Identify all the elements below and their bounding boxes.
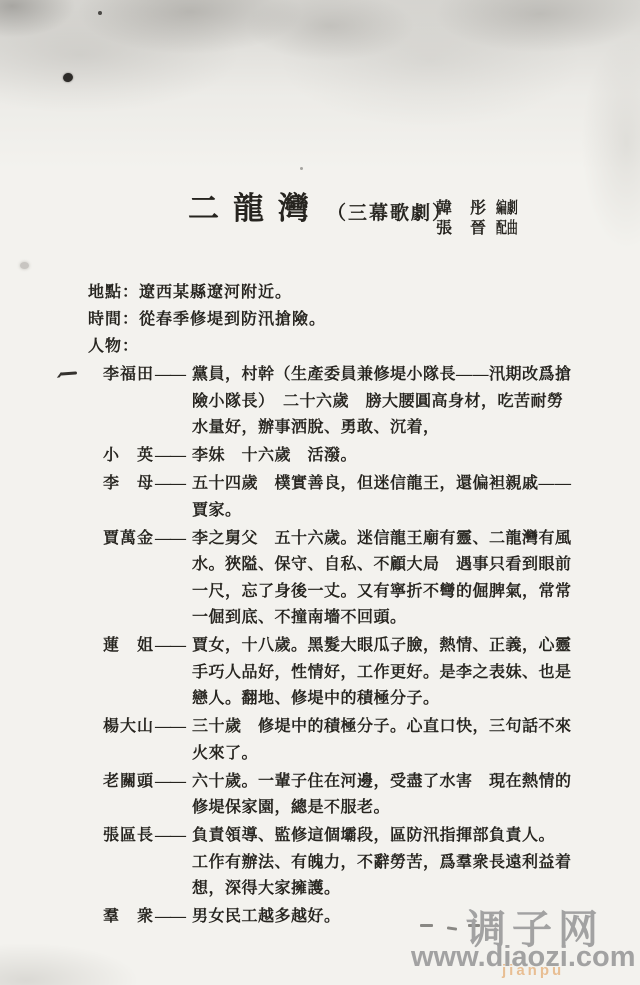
- location-line: 地點：遼西某縣遼河附近。: [88, 279, 588, 306]
- cast-dash: ——: [155, 443, 192, 470]
- credit-playwright: 韓 彤 編劇: [436, 196, 528, 216]
- cast-name: 李福田: [103, 362, 155, 442]
- cast-dash: ——: [155, 526, 192, 632]
- cast-name: 小 英: [103, 443, 155, 470]
- cast-dash: ——: [155, 904, 192, 931]
- cast-entry: 楊大山 —— 三十歲 修堤中的積極分子。心直口快，三句話不來 火來了。: [103, 714, 588, 767]
- cast-entry: 賈萬金 —— 李之舅父 五十六歲。迷信龍王廟有靈、二龍灣有風 水。狹隘、保守、自…: [103, 526, 588, 632]
- cast-name: 賈萬金: [103, 526, 155, 632]
- watermark-site-url: www.diaozi.com: [411, 941, 636, 974]
- cast-dash: ——: [155, 769, 192, 822]
- play-subtitle: （三幕歌劇）: [327, 198, 453, 225]
- title-row: 二龍灣 （三幕歌劇）: [188, 190, 453, 227]
- scan-mark-dash: [60, 371, 77, 375]
- scan-noise-right: [550, 40, 640, 300]
- cast-dash: ——: [155, 714, 192, 767]
- cast-dash: ——: [155, 471, 192, 524]
- cast-entry: 張區長 —— 負責領導、監修這個壩段，區防汛指揮部負責人。 工作有辦法、有魄力，…: [103, 823, 588, 903]
- cast-description: 三十歲 修堤中的積極分子。心直口快，三句話不來 火來了。: [192, 714, 572, 767]
- cast-description: 負責領導、監修這個壩段，區防汛指揮部負責人。 工作有辦法、有魄力，不辭勞苦，爲羣…: [192, 823, 572, 903]
- cast-name: 張區長: [103, 823, 155, 903]
- cast-description: 六十歲。一輩子住在河邊，受盡了水害 現在熱情的 修堤保家園，總是不服老。: [192, 769, 572, 822]
- cast-dash: ——: [155, 823, 192, 903]
- cast-entry: 小 英 —— 李妹 十六歲 活潑。: [103, 443, 588, 470]
- cast-heading: 人物：: [88, 333, 588, 360]
- credit-name: 張 晉: [436, 215, 487, 238]
- scan-speck: [98, 11, 102, 15]
- cast-description: 賈女，十八歲。黑髮大眼瓜子臉，熱情、正義，心靈 手巧人品好，性情好，工作更好。是…: [192, 633, 572, 713]
- cast-description: 黨員，村幹（生產委員兼修堤小隊長——汛期改爲搶 險小隊長） 二十六歲 膀大腰圓高…: [192, 362, 572, 442]
- cast-dash: ——: [155, 362, 192, 442]
- cast-name: 羣 衆: [103, 904, 155, 931]
- cast-entry: 老關頭 —— 六十歲。一輩子住在河邊，受盡了水害 現在熱情的 修堤保家園，總是不…: [103, 769, 588, 822]
- cast-description: 李妹 十六歲 活潑。: [192, 443, 357, 470]
- scan-noise-top: [0, 0, 640, 170]
- cast-entry: 蓮 姐 —— 賈女，十八歲。黑髮大眼瓜子臉，熱情、正義，心靈 手巧人品好，性情好…: [103, 633, 588, 713]
- time-line: 時間：從春季修堤到防汛搶險。: [88, 306, 588, 333]
- scan-speck: [62, 72, 74, 83]
- cast-dash: ——: [155, 633, 192, 713]
- scanned-page: 二龍灣 （三幕歌劇） 韓 彤 編劇 張 晉 配曲 地點：遼西某縣遼河附近。 時間…: [0, 0, 640, 985]
- scan-speck: [300, 167, 303, 170]
- document-body: 地點：遼西某縣遼河附近。 時間：從春季修堤到防汛搶險。 人物： 李福田 —— 黨…: [88, 279, 588, 932]
- cast-list: 李福田 —— 黨員，村幹（生產委員兼修堤小隊長——汛期改爲搶 險小隊長） 二十六…: [103, 362, 588, 931]
- cast-entry: 李 母 —— 五十四歲 樸實善良，但迷信龍王，還偏袒親戚—— 賈家。: [103, 471, 588, 524]
- cast-name: 老關頭: [103, 769, 155, 822]
- credit-composer: 張 晉 配曲: [436, 216, 528, 236]
- cast-description: 男女民工越多越好。: [192, 904, 341, 931]
- play-title: 二龍灣: [188, 190, 323, 227]
- cast-description: 李之舅父 五十六歲。迷信龍王廟有靈、二龍灣有風 水。狹隘、保守、自私、不顧大局 …: [192, 526, 572, 632]
- cast-name: 李 母: [103, 471, 155, 524]
- credits-block: 韓 彤 編劇 張 晉 配曲: [436, 196, 528, 236]
- cast-name: 蓮 姐: [103, 633, 155, 713]
- cast-name: 楊大山: [103, 714, 155, 767]
- cast-description: 五十四歲 樸實善良，但迷信龍王，還偏袒親戚—— 賈家。: [192, 471, 572, 524]
- cast-entry: 李福田 —— 黨員，村幹（生產委員兼修堤小隊長——汛期改爲搶 險小隊長） 二十六…: [103, 362, 588, 442]
- credit-role: 配曲: [496, 215, 518, 238]
- scan-speck: [20, 262, 29, 269]
